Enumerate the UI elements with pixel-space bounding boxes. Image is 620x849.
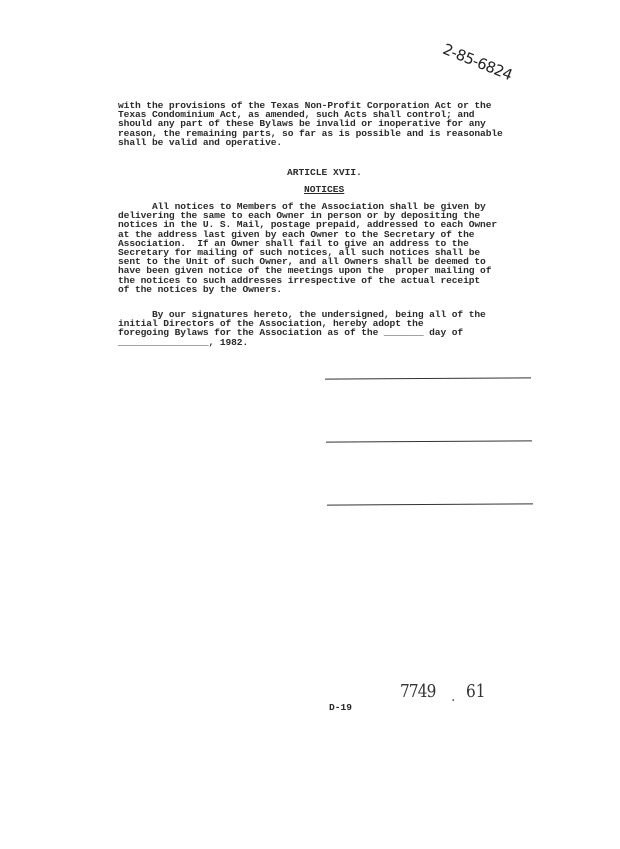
notices-paragraph: All notices to Members of the Associatio… [118, 202, 538, 294]
section-title: NOTICES [304, 184, 344, 195]
signature-line-2 [326, 440, 532, 442]
recording-separator: . [451, 689, 455, 705]
page-number: D-19 [329, 702, 352, 713]
recording-page: 61 [466, 681, 485, 702]
signature-paragraph: By our signatures hereto, the undersigne… [118, 310, 538, 347]
signature-line-1 [325, 377, 531, 379]
document-stamp-number: 2-85-6824 [440, 40, 515, 84]
signature-line-3 [327, 503, 533, 505]
article-heading: ARTICLE XVII. [287, 167, 362, 178]
recording-volume: 7749 [400, 681, 436, 702]
document-page: 2-85-6824 with the provisions of the Tex… [0, 0, 620, 849]
continuation-paragraph: with the provisions of the Texas Non-Pro… [118, 101, 538, 147]
